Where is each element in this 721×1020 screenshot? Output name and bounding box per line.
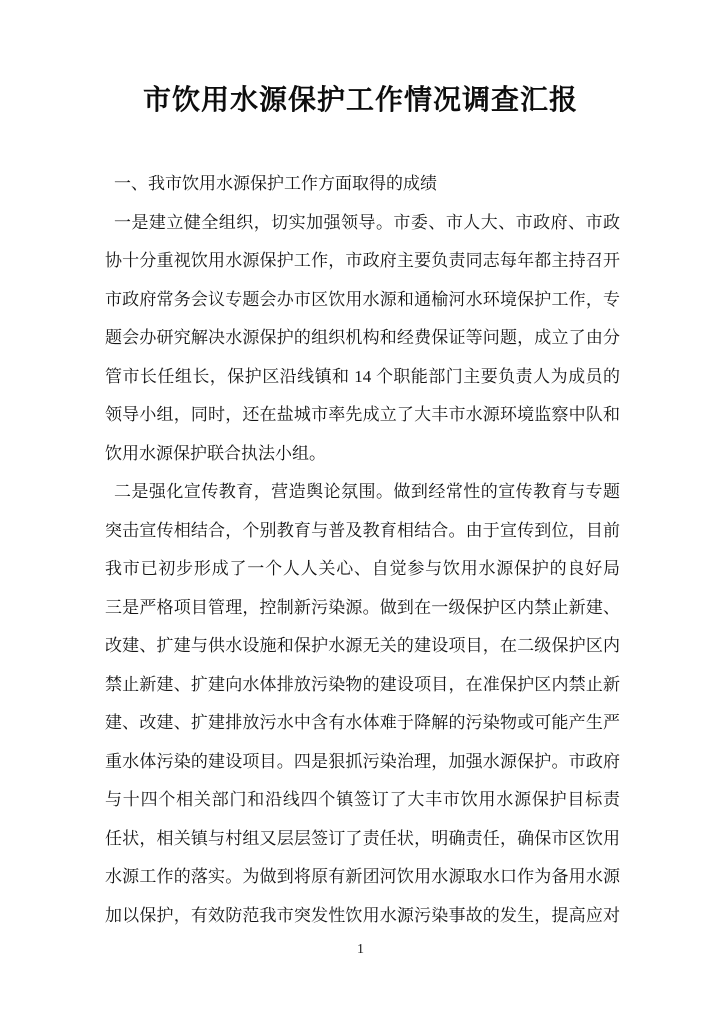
page-number: 1 bbox=[0, 941, 721, 959]
text-line: 重水体污染的建设项目。四是狠抓污染治理，加强水源保护。市政府 bbox=[105, 743, 620, 782]
text-line: 市政府常务会议专题会办市区饮用水源和通榆河水环境保护工作，专 bbox=[105, 281, 620, 320]
text-line: 三是严格项目管理，控制新污染源。做到在一级保护区内禁止新建、 bbox=[105, 589, 620, 628]
text-line: 领导小组，同时，还在盐城市率先成立了大丰市水源环境监察中队和 bbox=[105, 396, 620, 435]
text-line: 改建、扩建与供水设施和保护水源无关的建设项目，在二级保护区内 bbox=[105, 627, 620, 666]
text-line: 禁止新建、扩建向水体排放污染物的建设项目，在准保护区内禁止新 bbox=[105, 666, 620, 705]
section-heading: 一、我市饮用水源保护工作方面取得的成绩 bbox=[105, 165, 620, 204]
text-line: 题会办研究解决水源保护的组织机构和经费保证等问题，成立了由分 bbox=[105, 319, 620, 358]
text-line: 建、改建、扩建排放污水中含有水体难于降解的污染物或可能产生严 bbox=[105, 704, 620, 743]
text-line: 任状，相关镇与村组又层层签订了责任状，明确责任，确保市区饮用 bbox=[105, 820, 620, 859]
text-line: 水源工作的落实。为做到将原有新团河饮用水源取水口作为备用水源 bbox=[105, 858, 620, 897]
text-line: 协十分重视饮用水源保护工作，市政府主要负责同志每年都主持召开 bbox=[105, 242, 620, 281]
text-line: 加以保护，有效防范我市突发性饮用水源污染事故的发生，提高应对 bbox=[105, 897, 620, 936]
text-line: 二是强化宣传教育，营造舆论氛围。做到经常性的宣传教育与专题 bbox=[105, 473, 620, 512]
document-page: 市饮用水源保护工作情况调查汇报 一、我市饮用水源保护工作方面取得的成绩 一是建立… bbox=[0, 0, 721, 1020]
document-title: 市饮用水源保护工作情况调查汇报 bbox=[0, 0, 721, 118]
text-line: 饮用水源保护联合执法小组。 bbox=[105, 435, 620, 474]
text-line: 与十四个相关部门和沿线四个镇签订了大丰市饮用水源保护目标责 bbox=[105, 781, 620, 820]
text-line: 我市已初步形成了一个人人关心、自觉参与饮用水源保护的良好局面。 bbox=[105, 550, 620, 589]
text-line: 管市长任组长，保护区沿线镇和 14 个职能部门主要负责人为成员的 bbox=[105, 358, 620, 397]
paragraph-1: 一是建立健全组织，切实加强领导。市委、市人大、市政府、市政协十分重视饮用水源保护… bbox=[105, 204, 620, 474]
document-body: 一、我市饮用水源保护工作方面取得的成绩 一是建立健全组织，切实加强领导。市委、市… bbox=[105, 165, 620, 935]
paragraph-2: 二是强化宣传教育，营造舆论氛围。做到经常性的宣传教育与专题突击宣传相结合，个别教… bbox=[105, 473, 620, 935]
text-line: 突击宣传相结合，个别教育与普及教育相结合。由于宣传到位，目前 bbox=[105, 512, 620, 551]
text-line: 一是建立健全组织，切实加强领导。市委、市人大、市政府、市政 bbox=[105, 204, 620, 243]
